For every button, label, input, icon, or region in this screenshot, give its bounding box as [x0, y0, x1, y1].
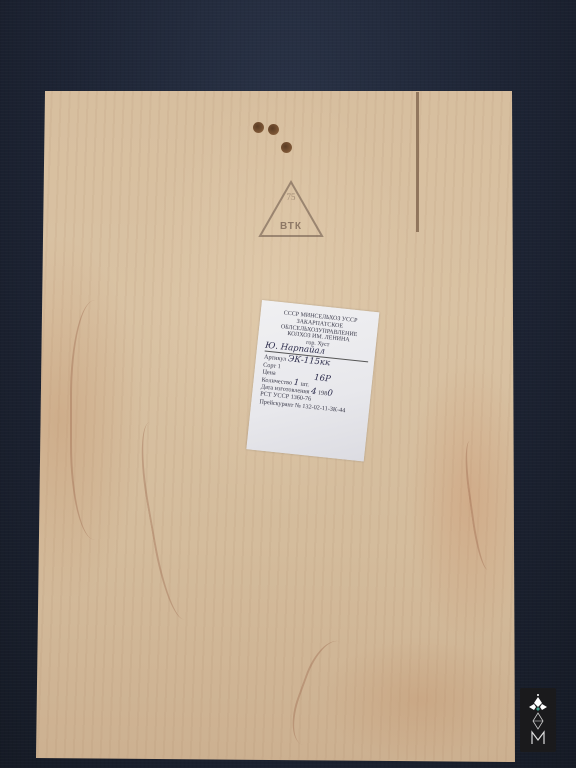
- screw-hole: [281, 142, 292, 153]
- diamond-flower-logo-icon: [520, 688, 556, 752]
- quantity-extra: 16Р: [314, 375, 331, 384]
- otk-stamp: 75 ВТК: [256, 178, 326, 240]
- watermark-logo: [520, 688, 556, 752]
- stamp-number: 75: [256, 192, 326, 202]
- plywood-board: 75 ВТК СССР МИНСЕЛЬХОЗ УССР ЗАКАРПАТСКОЕ…: [0, 0, 576, 768]
- wood-crack: [416, 92, 419, 232]
- wood-grain: [70, 300, 132, 540]
- screw-hole: [253, 122, 264, 133]
- screw-hole: [268, 124, 279, 135]
- product-label: СССР МИНСЕЛЬХОЗ УССР ЗАКАРПАТСКОЕ ОБЛСЕЛ…: [246, 300, 379, 462]
- stamp-text: ВТК: [256, 221, 326, 232]
